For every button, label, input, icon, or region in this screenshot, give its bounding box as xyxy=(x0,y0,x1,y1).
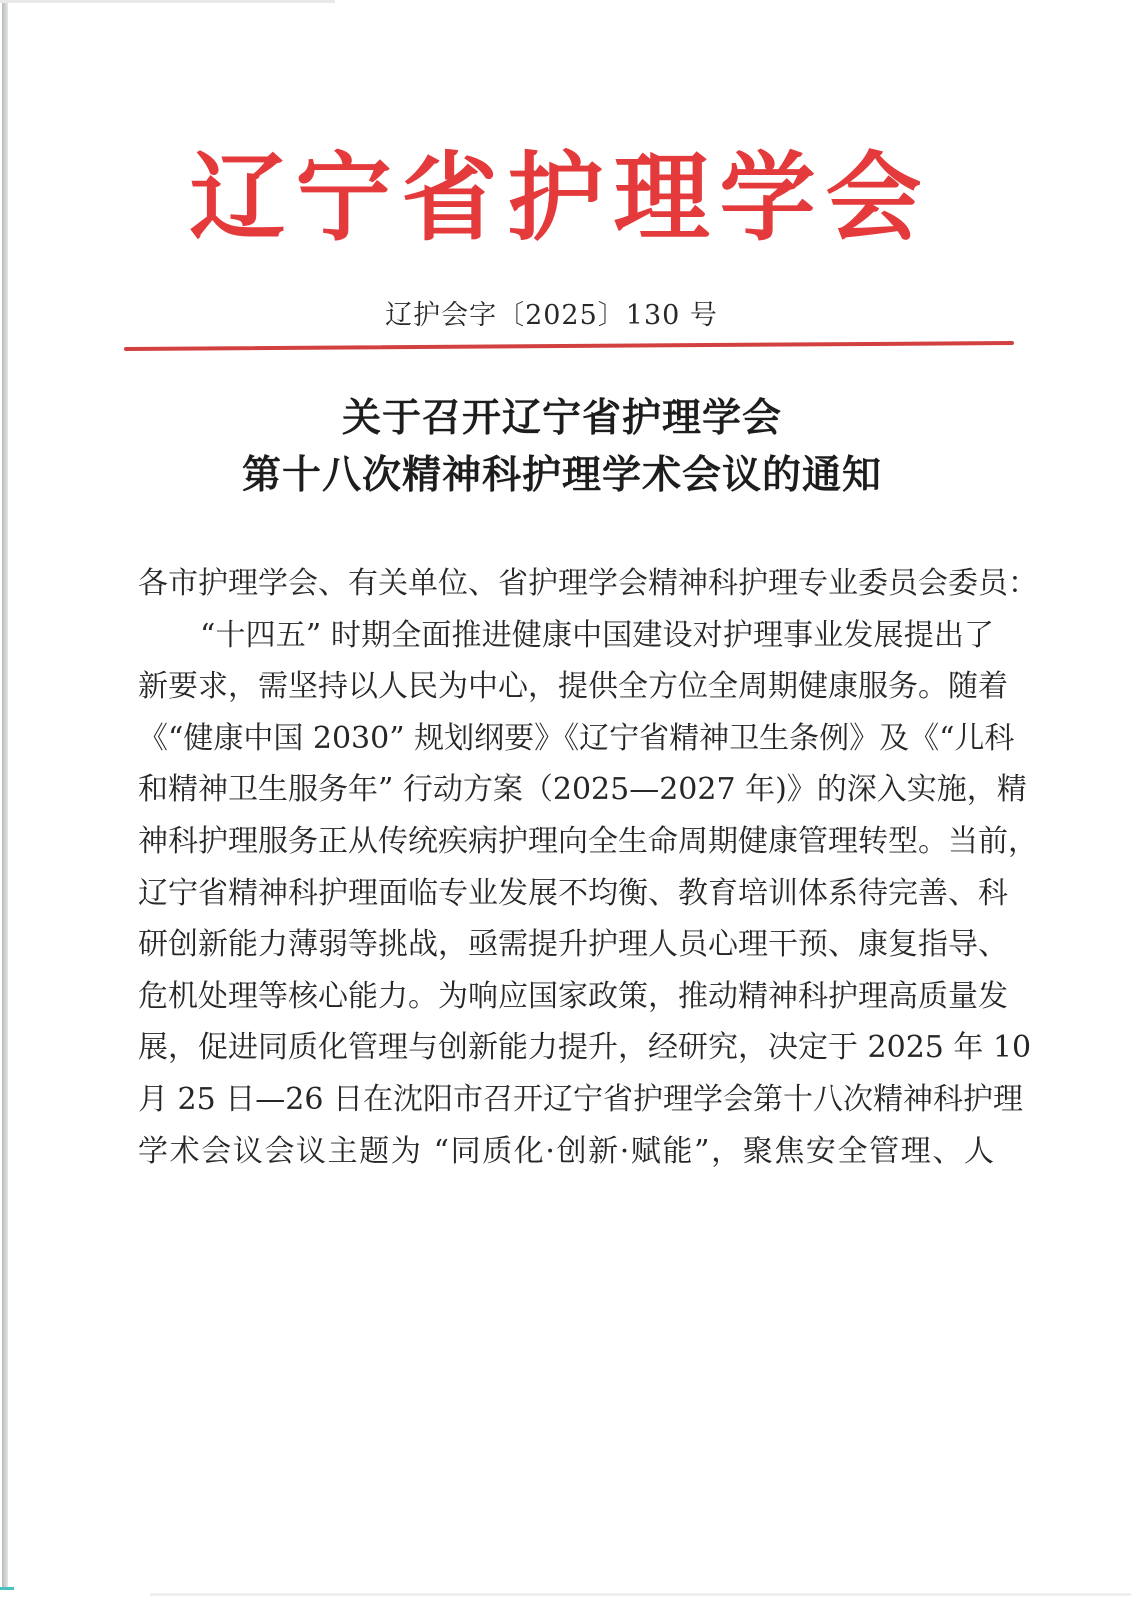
body-line: 辽宁省精神科护理面临专业发展不均衡、教育培训体系待完善、科 xyxy=(138,868,994,920)
body-line: 新要求，需坚持以人民为中心，提供全方位全周期健康服务。随着 xyxy=(138,661,994,713)
body-line: 学术会议会议主题为 “同质化·创新·赋能”，聚焦安全管理、人 xyxy=(138,1126,994,1178)
notice-title-line2: 第十八次精神科护理学术会议的通知 xyxy=(0,447,1124,504)
body-line: 各市护理学会、有关单位、省护理学会精神科护理专业委员会委员： xyxy=(138,558,994,610)
body-line: 神科护理服务正从传统疾病护理向全生命周期健康管理转型。当前， xyxy=(138,816,994,868)
red-divider-line xyxy=(124,341,1014,351)
notice-title-line1: 关于召开辽宁省护理学会 xyxy=(0,390,1124,447)
body-line: 《“健康中国 2030” 规划纲要》《辽宁省精神卫生条例》及《“儿科 xyxy=(138,713,994,765)
body-line: 和精神卫生服务年” 行动方案（2025—2027 年)》的深入实施，精 xyxy=(138,764,994,816)
body-line: 研创新能力薄弱等挑战，亟需提升护理人员心理干预、康复指导、 xyxy=(138,919,994,971)
document-page: 辽宁省护理学会 辽护会字〔2025〕130 号 关于召开辽宁省护理学会 第十八次… xyxy=(0,0,1131,1600)
org-masthead: 辽宁省护理学会 xyxy=(0,138,1121,258)
body-line: 月 25 日—26 日在沈阳市召开辽宁省护理学会第十八次精神科护理 xyxy=(138,1074,994,1126)
scan-edge-top xyxy=(0,0,335,3)
body-line: 危机处理等核心能力。为响应国家政策，推动精神科护理高质量发 xyxy=(138,971,994,1023)
notice-title: 关于召开辽宁省护理学会 第十八次精神科护理学术会议的通知 xyxy=(0,390,1124,504)
body-line: “十四五” 时期全面推进健康中国建设对护理事业发展提出了 xyxy=(138,610,994,662)
notice-body: 各市护理学会、有关单位、省护理学会精神科护理专业委员会委员：“十四五” 时期全面… xyxy=(138,558,994,1177)
body-line: 展，促进同质化管理与创新能力提升，经研究，决定于 2025 年 10 xyxy=(138,1022,994,1074)
scan-artifact-cyan-tick xyxy=(0,1587,14,1590)
scan-edge-bottom xyxy=(150,1593,1131,1596)
doc-number: 辽护会字〔2025〕130 号 xyxy=(0,293,1117,332)
